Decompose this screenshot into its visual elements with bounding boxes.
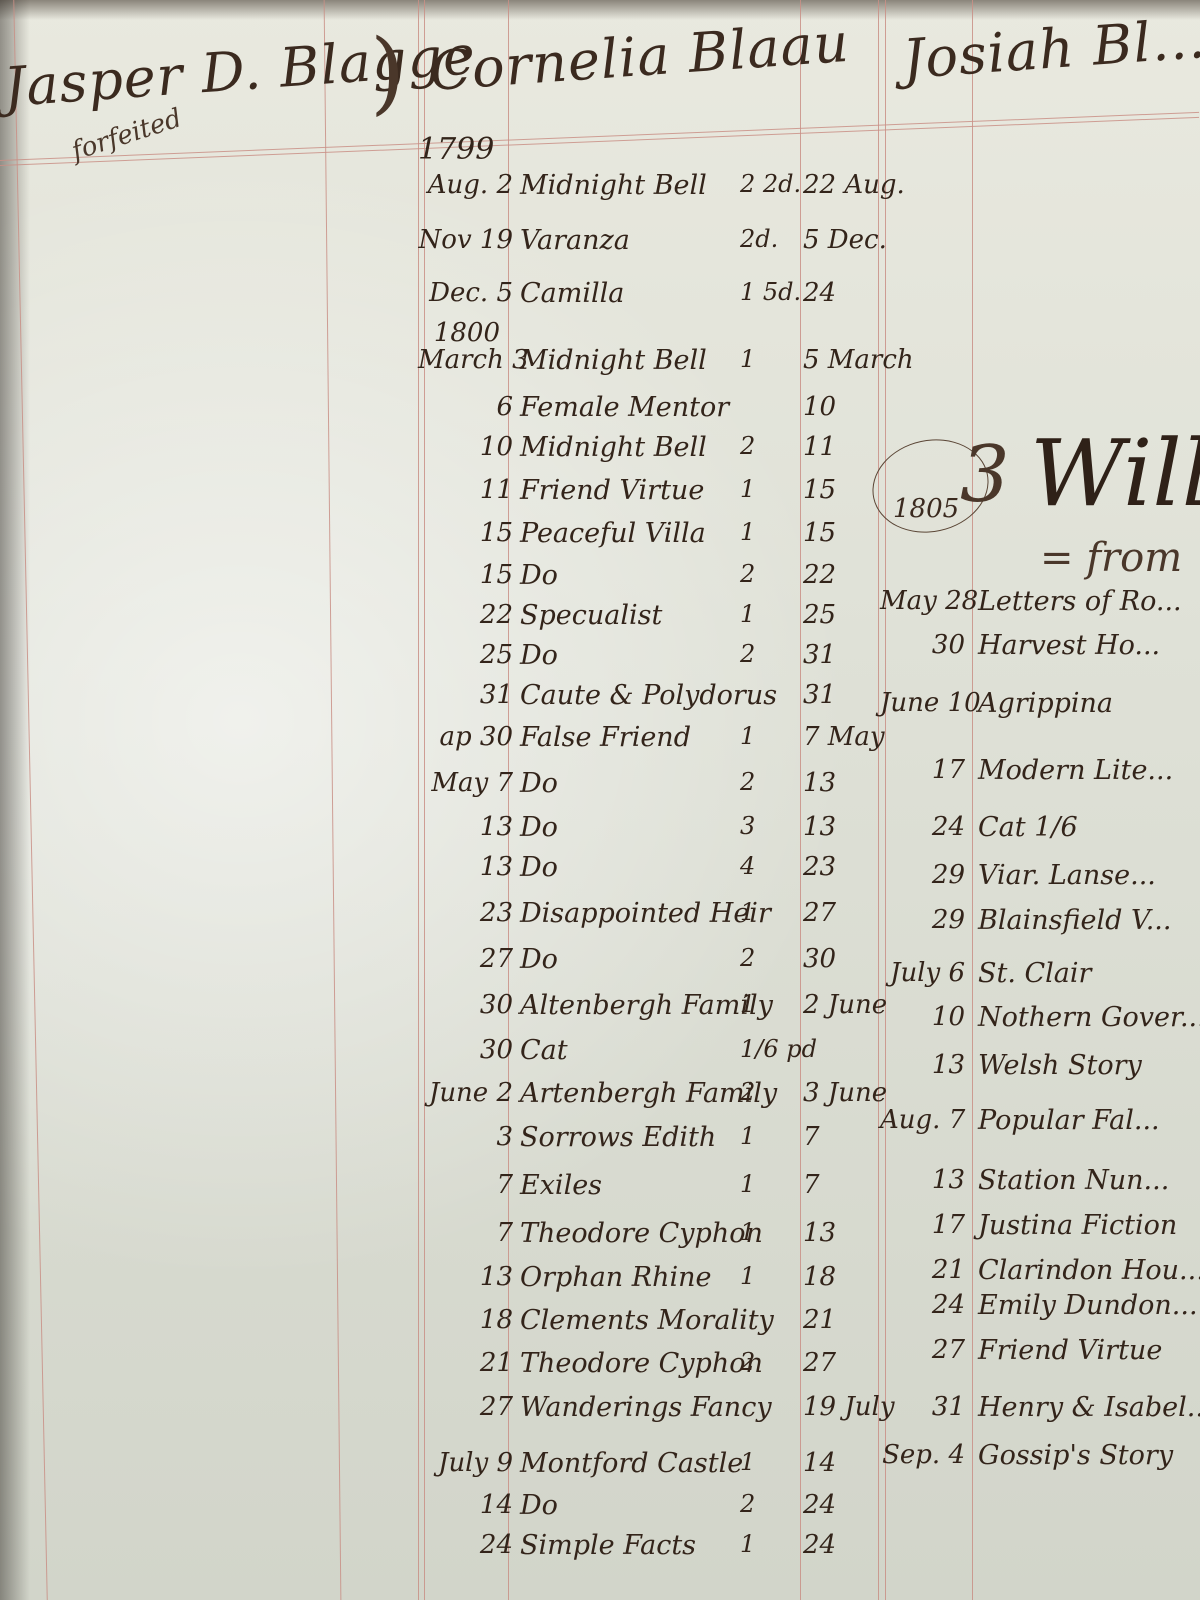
entry-title: St. Clair (978, 958, 1091, 989)
entry-returned: 25 (803, 600, 836, 630)
entry-title: Nothern Gover... (978, 1002, 1200, 1033)
entry-title: Clarindon Hou... (978, 1255, 1200, 1286)
entry-title: False Friend (520, 722, 691, 753)
entry-title: Emily Dundon... (978, 1290, 1198, 1321)
entry-returned: 22 Aug. (803, 170, 905, 200)
entry-title: Varanza (520, 225, 630, 256)
entry-volumes: 1 (740, 600, 755, 628)
entry-title: Specualist (520, 600, 662, 631)
entry-volumes: 1 (740, 1262, 755, 1290)
entry-returned: 27 (803, 1348, 836, 1378)
entry-title: Modern Lite... (978, 755, 1173, 786)
entry-date: May 28 (880, 586, 965, 616)
entry-date: 31 (418, 680, 513, 710)
entry-title: Orphan Rhine (520, 1262, 712, 1293)
entry-title: Altenbergh Family (520, 990, 773, 1021)
entry-volumes: 1 (740, 1530, 755, 1558)
entry-title: Wanderings Fancy (520, 1392, 772, 1423)
entry-title: Letters of Ro... (978, 586, 1182, 617)
entry-title: Popular Fal... (978, 1105, 1160, 1136)
entry-title: Cat 1/6 (978, 812, 1078, 843)
entry-volumes: 2 (740, 432, 755, 460)
entry-date: 27 (418, 944, 513, 974)
entry-date: March 3 (418, 345, 513, 375)
entry-date: 29 (880, 860, 965, 890)
entry-volumes: 1 (740, 722, 755, 750)
entry-title: Female Mentor (520, 392, 729, 423)
entry-title: Midnight Bell (520, 432, 707, 463)
entry-returned: 2 June (803, 990, 887, 1020)
entry-returned: 15 (803, 475, 836, 505)
entry-returned: 24 (803, 1530, 836, 1560)
entry-returned: 13 (803, 812, 836, 842)
entry-returned: 24 (803, 1490, 836, 1520)
entry-volumes: 2 (740, 768, 755, 796)
entry-date: 27 (880, 1335, 965, 1365)
entry-title: Gossip's Story (978, 1440, 1173, 1471)
entry-returned: 13 (803, 768, 836, 798)
entry-title: Viar. Lanse... (978, 860, 1156, 891)
entry-volumes: 1 (740, 990, 755, 1018)
entry-title: Friend Virtue (978, 1335, 1162, 1366)
entry-date: 21 (418, 1348, 513, 1378)
entry-returned: 21 (803, 1305, 836, 1335)
entry-date: 27 (418, 1392, 513, 1422)
entry-volumes: 2d. (740, 225, 778, 253)
entry-returned: 5 Dec. (803, 225, 887, 255)
entry-date: July 9 (418, 1448, 513, 1478)
entry-date: 25 (418, 640, 513, 670)
entry-volumes: 2 (740, 1348, 755, 1376)
entry-title: Do (520, 944, 558, 975)
entry-date: 10 (418, 432, 513, 462)
ledger-page: Jasper D. Blagge forfeited ) Cornelia Bl… (0, 0, 1200, 1600)
entry-title: Cat (520, 1035, 568, 1066)
entry-date: May 7 (418, 768, 513, 798)
entry-volumes: 1 (740, 345, 755, 373)
entry-date: 10 (880, 1002, 965, 1032)
entry-date: 31 (880, 1392, 965, 1422)
entry-returned: 15 (803, 518, 836, 548)
entry-date: 18 (418, 1305, 513, 1335)
entry-title: Blainsfield V... (978, 905, 1171, 936)
entry-volumes: 1 (740, 1170, 755, 1198)
entry-title: Camilla (520, 278, 624, 309)
entry-volumes: 1/6 pd (740, 1035, 817, 1063)
entry-volumes: 2 (740, 560, 755, 588)
entry-volumes: 1 (740, 898, 755, 926)
entry-title: Do (520, 852, 558, 883)
entry-title: Peaceful Villa (520, 518, 706, 549)
entry-date: 30 (880, 630, 965, 660)
entry-date: 30 (418, 990, 513, 1020)
entry-title: Theodore Cyphon (520, 1348, 763, 1379)
entry-returned: 27 (803, 898, 836, 928)
entry-title: Montford Castle (520, 1448, 743, 1479)
entry-title: Artenbergh Family (520, 1078, 777, 1109)
entry-returned: 7 May (803, 722, 885, 752)
entry-date: 15 (418, 560, 513, 590)
entry-date: June 2 (418, 1078, 513, 1108)
entry-returned: 24 (803, 278, 836, 308)
entry-date: Aug. 7 (880, 1105, 965, 1135)
entry-date: 29 (880, 905, 965, 935)
entry-title: Do (520, 812, 558, 843)
entry-volumes: 1 (740, 518, 755, 546)
entry-returned: 13 (803, 1218, 836, 1248)
entry-title: Agrippina (978, 688, 1113, 719)
rule-line (972, 0, 973, 1600)
entry-date: 7 (418, 1170, 513, 1200)
entry-title: Harvest Ho... (978, 630, 1160, 661)
entry-title: Exiles (520, 1170, 602, 1201)
borrower-name-william: Will... (1030, 420, 1200, 527)
entry-date: 13 (418, 1262, 513, 1292)
borrower-name-cornelia: Cornelia Blaau (428, 11, 852, 103)
entry-date: 22 (418, 600, 513, 630)
entry-title: Welsh Story (978, 1050, 1142, 1081)
entry-returned: 11 (803, 432, 836, 462)
entry-title: Disappointed Heir (520, 898, 771, 929)
entry-date: 21 (880, 1255, 965, 1285)
entry-date: 13 (880, 1050, 965, 1080)
entry-date: 11 (418, 475, 513, 505)
entry-title: Henry & Isabel... (978, 1392, 1200, 1423)
entry-date: 14 (418, 1490, 513, 1520)
entry-volumes: 1 (740, 1122, 755, 1150)
from-label: = from (1040, 535, 1182, 581)
entry-date: Nov 19 (418, 225, 513, 255)
entry-date: July 6 (880, 958, 965, 988)
entry-date: Dec. 5 (418, 278, 513, 308)
entry-date: 24 (880, 812, 965, 842)
entry-date: June 10 (880, 688, 965, 718)
entry-date: 13 (418, 812, 513, 842)
entry-title: Caute & Polydorus (520, 680, 777, 711)
entry-title: Do (520, 640, 558, 671)
entry-title: Do (520, 1490, 558, 1521)
oval-year-label: 1805 (893, 494, 959, 524)
entry-title: Friend Virtue (520, 475, 704, 506)
entry-returned: 18 (803, 1262, 836, 1292)
entry-title: Sorrows Edith (520, 1122, 716, 1153)
year-label-1799: 1799 (418, 132, 494, 167)
entry-returned: 30 (803, 944, 836, 974)
entry-volumes: 4 (740, 852, 755, 880)
entry-date: 24 (418, 1530, 513, 1560)
entry-title: Station Nun... (978, 1165, 1169, 1196)
entry-volumes: 1 5d. (740, 278, 801, 306)
entry-date: 17 (880, 1210, 965, 1240)
entry-title: Midnight Bell (520, 345, 707, 376)
entry-returned: 5 March (803, 345, 914, 375)
entry-date: 6 (418, 392, 513, 422)
entry-date: 17 (880, 755, 965, 785)
borrower-name-jasper: Jasper D. Blagge (2, 23, 478, 119)
ledger-number: 3 (960, 430, 1010, 520)
page-edge-shadow (0, 0, 1200, 20)
entry-date: 23 (418, 898, 513, 928)
entry-volumes: 1 (740, 475, 755, 503)
entry-returned: 3 June (803, 1078, 887, 1108)
entry-title: Midnight Bell (520, 170, 707, 201)
entry-volumes: 1 (740, 1218, 755, 1246)
entry-title: Simple Facts (520, 1530, 696, 1561)
brace-mark: ) (370, 20, 405, 125)
entry-date: 13 (418, 852, 513, 882)
entry-volumes: 3 (740, 812, 755, 840)
entry-date: 30 (418, 1035, 513, 1065)
binding-shadow (0, 0, 30, 1600)
entry-returned: 31 (803, 640, 836, 670)
entry-date: 24 (880, 1290, 965, 1320)
entry-date: Sep. 4 (880, 1440, 965, 1470)
entry-title: Do (520, 560, 558, 591)
entry-title: Do (520, 768, 558, 799)
entry-returned: 31 (803, 680, 836, 710)
rule-line (800, 0, 801, 1600)
entry-returned: 23 (803, 852, 836, 882)
entry-date: 15 (418, 518, 513, 548)
rule-line (324, 0, 342, 1600)
entry-date: 7 (418, 1218, 513, 1248)
entry-returned: 7 (803, 1170, 820, 1200)
entry-date: ap 30 (418, 722, 513, 752)
entry-volumes: 2 (740, 640, 755, 668)
entry-volumes: 2 (740, 1078, 755, 1106)
entry-date: Aug. 2 (418, 170, 513, 200)
entry-returned: 22 (803, 560, 836, 590)
entry-volumes: 2 2d. (740, 170, 801, 198)
entry-volumes: 2 (740, 1490, 755, 1518)
entry-title: Clements Morality (520, 1305, 774, 1336)
entry-returned: 7 (803, 1122, 820, 1152)
entry-returned: 14 (803, 1448, 836, 1478)
entry-volumes: 1 (740, 1448, 755, 1476)
entry-date: 13 (880, 1165, 965, 1195)
entry-date: 3 (418, 1122, 513, 1152)
entry-volumes: 2 (740, 944, 755, 972)
entry-title: Theodore Cyphon (520, 1218, 763, 1249)
entry-title: Justina Fiction (978, 1210, 1177, 1241)
year-label: 1800 (420, 318, 500, 348)
entry-returned: 10 (803, 392, 836, 422)
